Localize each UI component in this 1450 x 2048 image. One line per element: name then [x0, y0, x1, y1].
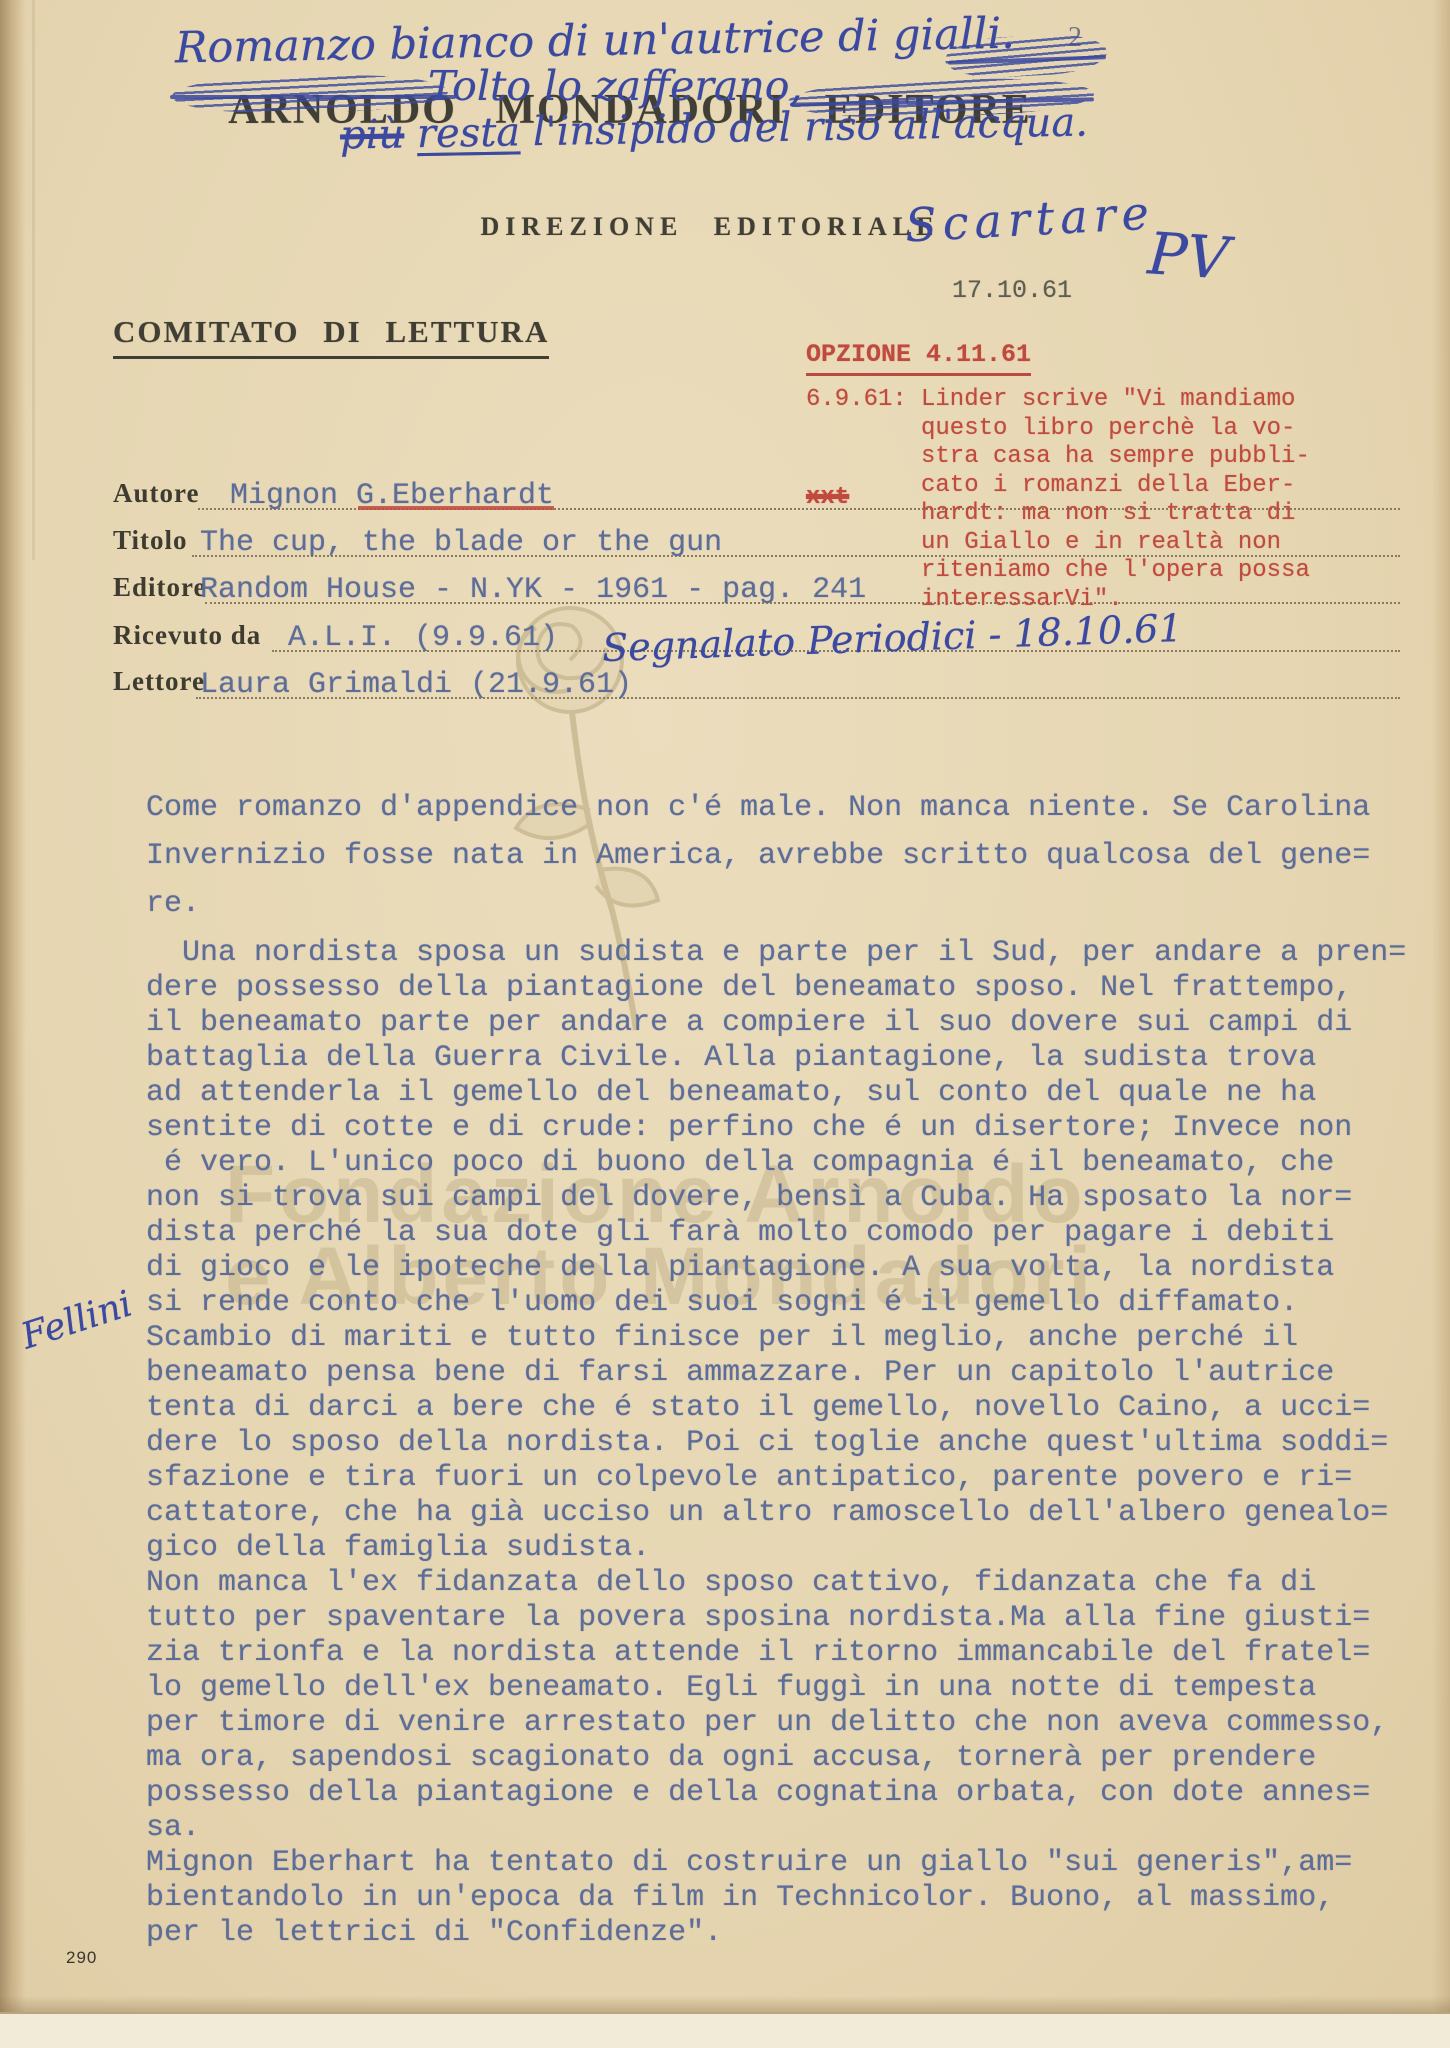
- typewritten-line: Una nordista sposa un sudista e parte pe…: [146, 936, 1406, 971]
- reader-report-scan: Fondazione Arnoldo e Alberto Mondadori 2…: [0, 0, 1450, 2048]
- struck-word: più: [340, 111, 405, 158]
- field-value-editore: Random House - N.YK - 1961 - pag. 241: [200, 573, 866, 607]
- typewritten-line: si rende conto che l'uomo dei suoi sogni…: [146, 1286, 1406, 1321]
- field-label-ricevuto-da: Ricevuto da: [113, 620, 261, 651]
- option-note-line: Linder scrive "Vi mandiamo: [921, 386, 1310, 415]
- typewritten-line: tenta di darci a bere che é stato il gem…: [146, 1391, 1406, 1426]
- typewritten-line: per le lettrici di "Confidenze".: [146, 1916, 1406, 1951]
- typewritten-line: re.: [146, 880, 1370, 928]
- committee-title: COMITATO DI LETTURA: [113, 314, 549, 359]
- paper-bottom-shadow: [0, 1996, 1450, 2012]
- scanner-background: [0, 2012, 1450, 2048]
- typewritten-line: dere lo sposo della nordista. Poi ci tog…: [146, 1426, 1406, 1461]
- typewritten-line: beneamato pensa bene di farsi ammazzare.…: [146, 1356, 1406, 1391]
- typewritten-line: tutto per spaventare la povera sposina n…: [146, 1601, 1406, 1636]
- field-value-titolo: The cup, the blade or the gun: [200, 526, 722, 560]
- field-label-lettore: Lettore: [113, 666, 205, 697]
- option-note-line: questo libro perchè la vo-: [921, 415, 1310, 444]
- typewritten-line: dista perché la sua dote gli farà molto …: [146, 1216, 1406, 1251]
- field-label-editore: Editore: [113, 572, 207, 603]
- typewritten-line: Mignon Eberhart ha tentato di costruire …: [146, 1846, 1406, 1881]
- archive-stamp-number: 290: [66, 1948, 97, 1968]
- typewritten-line: zia trionfa e la nordista attende il rit…: [146, 1636, 1406, 1671]
- option-note-date: 6.9.61:: [806, 386, 907, 413]
- annotation-rest: l'insipido del riso all'acqua.: [520, 99, 1089, 155]
- ink-strike: [170, 95, 456, 99]
- report-summary-paragraphs: Una nordista sposa un sudista e parte pe…: [146, 936, 1406, 1951]
- typewritten-line: ad attenderla il gemello del beneamato, …: [146, 1076, 1406, 1111]
- typewritten-line: sa.: [146, 1811, 1406, 1846]
- field-label-titolo: Titolo: [113, 525, 188, 556]
- paper-right-edge: [1432, 0, 1450, 2012]
- typewritten-line: gico della famiglia sudista.: [146, 1531, 1406, 1566]
- typewritten-line: il beneamato parte per andare a compiere…: [146, 1006, 1406, 1041]
- handwritten-verdict: Scartare: [904, 185, 1156, 252]
- option-note-line: cato i romanzi della Eber-: [921, 472, 1310, 501]
- paper-crease: [32, 0, 35, 560]
- typewritten-line: lo gemello dell'ex beneamato. Egli fuggì…: [146, 1671, 1406, 1706]
- deletion-mark: xxt: [806, 484, 849, 511]
- field-value-autore: Mignon G.Eberhardt: [230, 479, 554, 513]
- option-note-line: stra casa ha sempre pubbli-: [921, 443, 1310, 472]
- handwritten-annotation-line2: Tolto lo zafferano,: [428, 62, 803, 110]
- option-note: Linder scrive "Vi mandiamoquesto libro p…: [921, 386, 1310, 614]
- typewritten-line: possesso della piantagione e della cogna…: [146, 1776, 1406, 1811]
- typewritten-line: Non manca l'ex fidanzata dello sposo cat…: [146, 1566, 1406, 1601]
- typewritten-line: sfazione e tira fuori un colpevole antip…: [146, 1461, 1406, 1496]
- typewritten-line: per timore di venire arrestato per un de…: [146, 1706, 1406, 1741]
- typewritten-line: cattatore, che ha già ucciso un altro ra…: [146, 1496, 1406, 1531]
- typewritten-line: é vero. L'unico poco di buono della comp…: [146, 1146, 1406, 1181]
- typewritten-line: bientandolo in un'epoca da film in Techn…: [146, 1881, 1406, 1916]
- field-label-autore: Autore: [113, 478, 200, 509]
- option-note-line: un Giallo e in realtà non: [921, 529, 1310, 558]
- report-opening-paragraph: Come romanzo d'appendice non c'é male. N…: [146, 784, 1370, 928]
- typewritten-line: Invernizio fosse nata in America, avrebb…: [146, 832, 1370, 880]
- typewritten-line: battaglia della Guerra Civile. Alla pian…: [146, 1041, 1406, 1076]
- handwritten-initials: PV: [1146, 219, 1231, 292]
- underlined-word: resta: [417, 109, 521, 157]
- typewritten-line: dere possesso della piantagione del bene…: [146, 971, 1406, 1006]
- typewritten-line: sentite di cotte e di crude: perfino che…: [146, 1111, 1406, 1146]
- typewritten-line: Scambio di mariti e tutto finisce per il…: [146, 1321, 1406, 1356]
- typed-date: 17.10.61: [952, 276, 1072, 305]
- typewritten-line: non si trova sui campi del dovere, bensì…: [146, 1181, 1406, 1216]
- handwritten-margin-name: Fellini: [16, 1283, 137, 1357]
- option-note-line: hardt: ma non si tratta di: [921, 500, 1310, 529]
- typewritten-line: di gioco e le ipoteche della piantagione…: [146, 1251, 1406, 1286]
- typewritten-line: ma ora, sapendosi scagionato da ogni acc…: [146, 1741, 1406, 1776]
- option-note-line: riteniamo che l'opera possa: [921, 557, 1310, 586]
- paper-left-edge: [0, 0, 26, 2012]
- typewritten-line: Come romanzo d'appendice non c'é male. N…: [146, 784, 1370, 832]
- option-heading: OPZIONE 4.11.61: [806, 340, 1031, 376]
- field-value-lettore: Laura Grimaldi (21.9.61): [200, 668, 632, 702]
- field-value-ricevuto-da: A.L.I. (9.9.61): [288, 621, 558, 655]
